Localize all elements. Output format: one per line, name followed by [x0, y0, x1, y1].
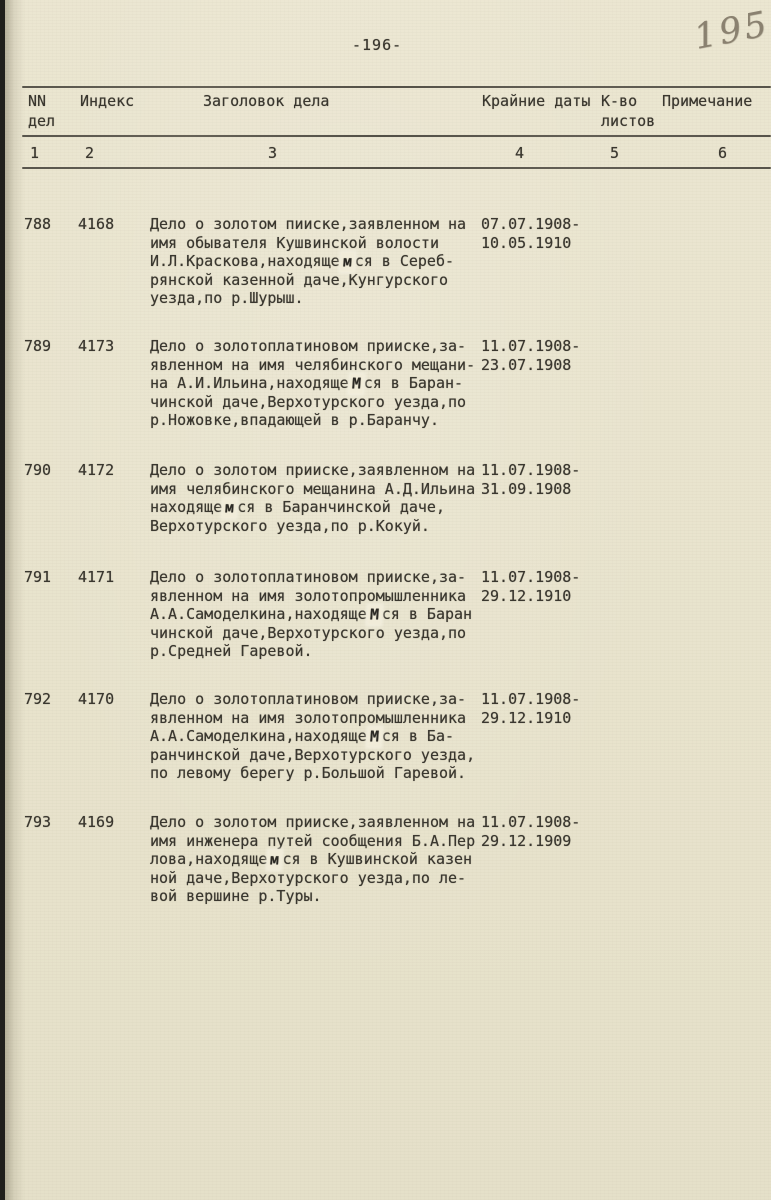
dates-cell: 11.07.1908-29.12.1909 — [481, 813, 611, 850]
title-line: Дело о золотоплатиновом прииске,за- — [150, 690, 490, 709]
title-line: А.А.Самоделкина,находящеМся в Баран — [150, 605, 490, 624]
column-number-4: 4 — [515, 144, 524, 163]
title-line: Дело о золотоплатиновом прииске,за- — [150, 568, 490, 587]
title-line: Дело о золотом пииске,заявленном на — [150, 215, 490, 234]
title-line: лова,находящемся в Кушвинской казен — [150, 850, 490, 869]
title-cell: Дело о золотоплатиновом прииске,за-явлен… — [150, 690, 490, 783]
title-line: вой вершине р.Туры. — [150, 887, 490, 906]
title-line: А.А.Самоделкина,находящеМся в Ба- — [150, 727, 490, 746]
title-line: по левому берегу р.Большой Гаревой. — [150, 764, 490, 783]
handwritten-folio-number: 195 — [691, 5, 771, 57]
dates-line: 11.07.1908- — [481, 337, 611, 356]
case-number-cell: 792 — [24, 690, 51, 709]
title-cell: Дело о золотоплатиновом прииске,за-явлен… — [150, 337, 490, 430]
column-number-6: 6 — [718, 144, 727, 163]
header-rule-bottom — [22, 167, 771, 169]
printed-page-number: -196- — [352, 36, 402, 55]
dates-line: 23.07.1908 — [481, 356, 611, 375]
dates-line: 11.07.1908- — [481, 813, 611, 832]
index-cell: 4168 — [78, 215, 114, 234]
title-line: И.Л.Краскова,находящемся в Сереб- — [150, 252, 490, 271]
title-line: р.Средней Гаревой. — [150, 642, 490, 661]
title-line: ранчинской даче,Верхотурского уезда, — [150, 746, 490, 765]
dates-cell: 07.07.1908-10.05.1910 — [481, 215, 611, 252]
column-label-sheets: К-во — [601, 92, 637, 111]
case-number-cell: 790 — [24, 461, 51, 480]
case-number-cell: 788 — [24, 215, 51, 234]
dates-cell: 11.07.1908-31.09.1908 — [481, 461, 611, 498]
title-cell: Дело о золотоплатиновом прииске,за-явлен… — [150, 568, 490, 661]
column-label-dates: Крайние даты — [482, 92, 590, 111]
column-number-3: 3 — [268, 144, 277, 163]
column-label-index: Индекс — [80, 92, 134, 111]
archival-document-page: -196- 195 NN дел Индекс Заголовок дела К… — [0, 0, 771, 1200]
case-number-cell: 793 — [24, 813, 51, 832]
column-label-note: Примечание — [662, 92, 752, 111]
title-line: имя челябинского мещанина А.Д.Ильина — [150, 480, 490, 499]
dates-line: 29.12.1909 — [481, 832, 611, 851]
dates-cell: 11.07.1908-29.12.1910 — [481, 690, 611, 727]
title-line: Дело о золотом прииске,заявленном на — [150, 813, 490, 832]
column-label-nn: NN — [28, 92, 46, 111]
title-line: имя инженера путей сообщения Б.А.Пер — [150, 832, 490, 851]
dates-line: 07.07.1908- — [481, 215, 611, 234]
column-number-1: 1 — [30, 144, 39, 163]
title-line: Дело о золотоплатиновом прииске,за- — [150, 337, 490, 356]
dates-line: 29.12.1910 — [481, 587, 611, 606]
dates-line: 11.07.1908- — [481, 461, 611, 480]
title-line: Дело о золотом прииске,заявленном на — [150, 461, 490, 480]
handwritten-correction: м — [223, 499, 237, 518]
header-rule-top — [22, 86, 771, 88]
title-line: чинской даче,Верхотурского уезда,по — [150, 393, 490, 412]
dates-line: 29.12.1910 — [481, 709, 611, 728]
title-line: имя обывателя Кушвинской волости — [150, 234, 490, 253]
column-number-5: 5 — [610, 144, 619, 163]
dates-cell: 11.07.1908-23.07.1908 — [481, 337, 611, 374]
case-number-cell: 791 — [24, 568, 51, 587]
title-line: чинской даче,Верхотурского уезда,по — [150, 624, 490, 643]
scan-left-edge-shadow — [5, 0, 25, 1200]
title-line: находящемся в Баранчинской даче, — [150, 498, 490, 517]
handwritten-correction: М — [367, 728, 381, 747]
handwritten-correction: М — [349, 375, 363, 394]
title-cell: Дело о золотом прииске,заявленном наимя … — [150, 813, 490, 906]
dates-line: 11.07.1908- — [481, 568, 611, 587]
title-line: явленном на имя челябинского мещани- — [150, 356, 490, 375]
title-line: Верхотурского уезда,по р.Кокуй. — [150, 517, 490, 536]
index-cell: 4171 — [78, 568, 114, 587]
title-line: уезда,по р.Шурыш. — [150, 289, 490, 308]
dates-line: 10.05.1910 — [481, 234, 611, 253]
index-cell: 4172 — [78, 461, 114, 480]
title-line: на А.И.Ильина,находящеМся в Баран- — [150, 374, 490, 393]
title-line: явленном на имя золотопромышленника — [150, 587, 490, 606]
column-label-sheets-line2: листов — [601, 112, 655, 131]
header-rule-middle — [22, 135, 771, 137]
title-line: рянской казенной даче,Кунгурского — [150, 271, 490, 290]
handwritten-correction: М — [367, 606, 381, 625]
index-cell: 4173 — [78, 337, 114, 356]
dates-cell: 11.07.1908-29.12.1910 — [481, 568, 611, 605]
column-label-nn-line2: дел — [28, 112, 55, 131]
case-number-cell: 789 — [24, 337, 51, 356]
title-line: р.Ножовке,впадающей в р.Баранчу. — [150, 411, 490, 430]
handwritten-correction: м — [340, 253, 354, 272]
handwritten-correction: м — [268, 851, 282, 870]
index-cell: 4170 — [78, 690, 114, 709]
title-line: явленном на имя золотопромышленника — [150, 709, 490, 728]
dates-line: 31.09.1908 — [481, 480, 611, 499]
dates-line: 11.07.1908- — [481, 690, 611, 709]
column-label-title: Заголовок дела — [203, 92, 329, 111]
column-number-2: 2 — [85, 144, 94, 163]
title-cell: Дело о золотом пииске,заявленном наимя о… — [150, 215, 490, 308]
title-line: ной даче,Верхотурского уезда,по ле- — [150, 869, 490, 888]
title-cell: Дело о золотом прииске,заявленном наимя … — [150, 461, 490, 535]
index-cell: 4169 — [78, 813, 114, 832]
